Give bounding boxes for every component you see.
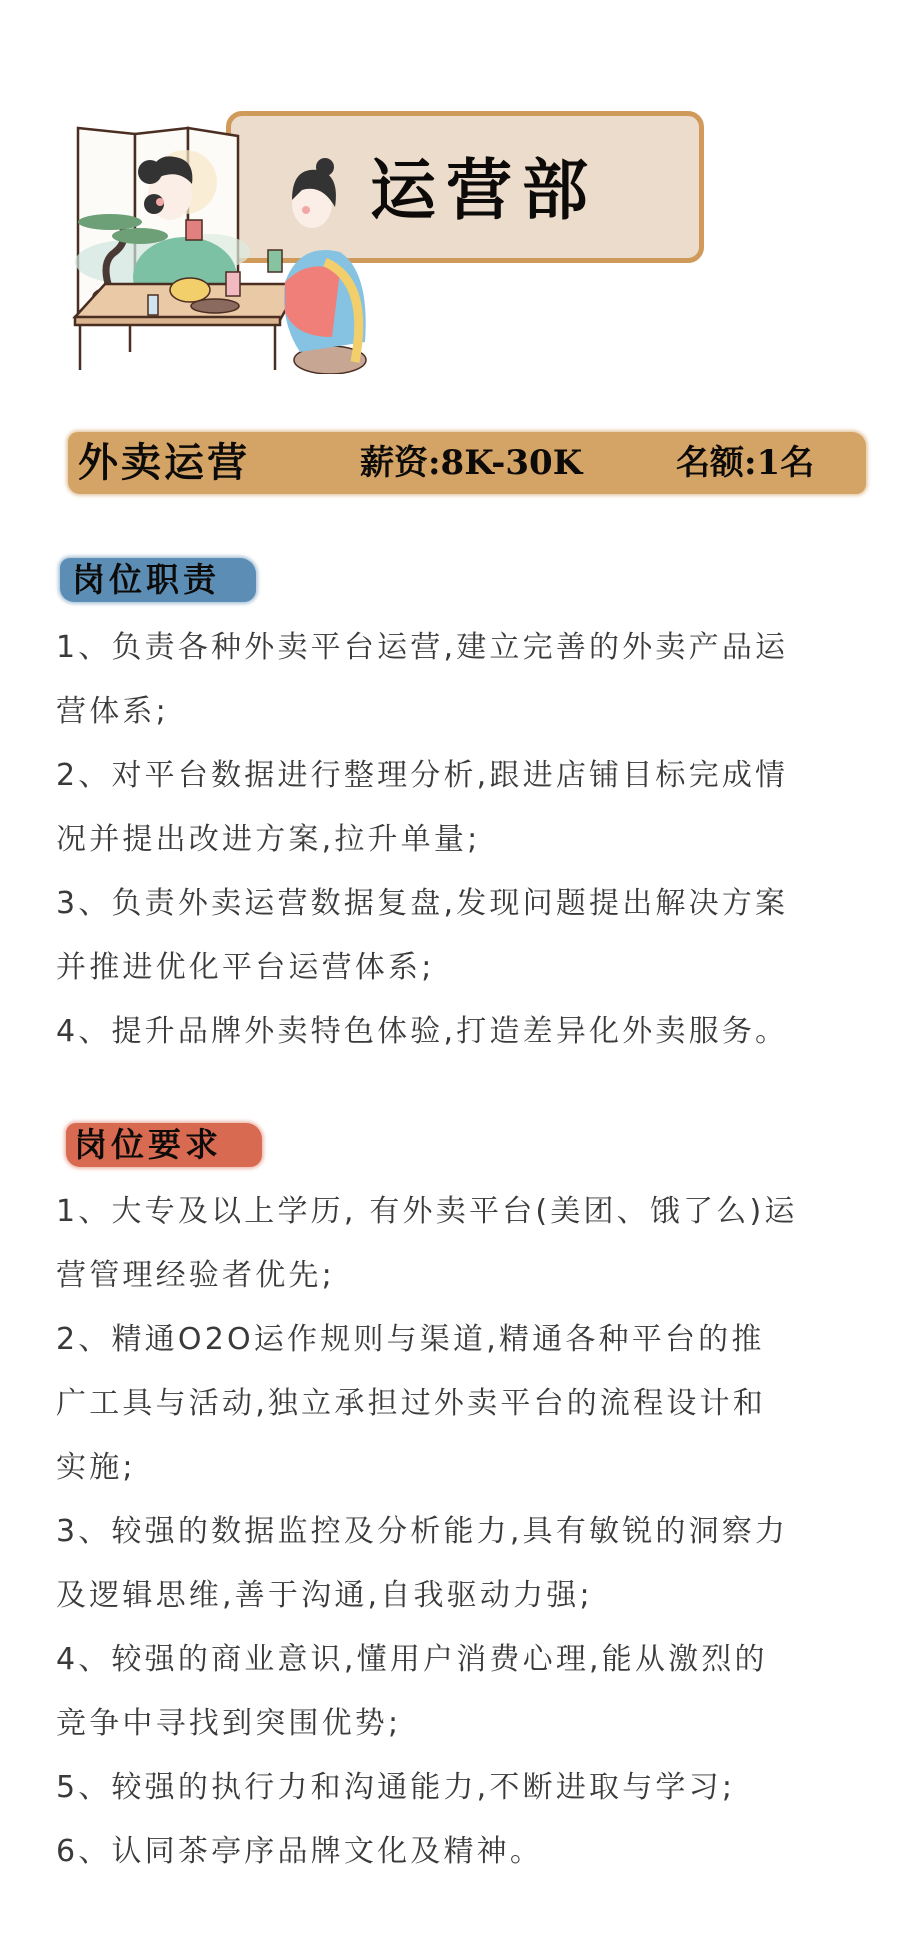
list-item: 6、认同茶亭序品牌文化及精神。 — [56, 1820, 876, 1884]
responsibilities-list: 1、负责各种外卖平台运营,建立完善的外卖产品运 营体系; 2、对平台数据进行整理… — [56, 616, 876, 1064]
list-item: 2、对平台数据进行整理分析,跟进店铺目标完成情 — [56, 744, 876, 808]
department-title: 运营部 — [370, 140, 690, 240]
responsibilities-heading: 岗位职责 — [60, 558, 256, 602]
list-item: 及逻辑思维,善于沟通,自我驱动力强; — [56, 1564, 876, 1628]
requirements-heading-bg: 岗位要求 — [66, 1123, 262, 1167]
list-item: 1、负责各种外卖平台运营,建立完善的外卖产品运 — [56, 616, 876, 680]
list-item: 1、大专及以上学历, 有外卖平台(美团、饿了么)运 — [56, 1180, 876, 1244]
list-item: 4、提升品牌外卖特色体验,打造差异化外卖服务。 — [56, 1000, 876, 1064]
list-item: 营管理经验者优先; — [56, 1244, 876, 1308]
requirements-heading: 岗位要求 — [66, 1123, 262, 1167]
woman-seated-right-icon — [268, 158, 366, 374]
tea-scene-illustration — [70, 112, 400, 374]
list-item: 5、较强的执行力和沟通能力,不断进取与学习; — [56, 1756, 876, 1820]
cup-icon — [148, 295, 158, 315]
salary-label: 薪资:8K-30K — [360, 432, 582, 494]
job-title: 外卖运营 — [78, 432, 250, 494]
list-item: 营体系; — [56, 680, 876, 744]
responsibilities-heading-bg: 岗位职责 — [60, 558, 256, 602]
list-item: 竞争中寻找到突围优势; — [56, 1692, 876, 1756]
list-item: 实施; — [56, 1436, 876, 1500]
requirements-list: 1、大专及以上学历, 有外卖平台(美团、饿了么)运 营管理经验者优先; 2、精通… — [56, 1180, 876, 1884]
list-item: 况并提出改进方案,拉升单量; — [56, 808, 876, 872]
plate-icon — [191, 299, 239, 313]
cup-icon — [226, 272, 240, 296]
list-item: 2、精通O2O运作规则与渠道,精通各种平台的推 — [56, 1308, 876, 1372]
teapot-icon — [170, 278, 210, 302]
list-item: 并推进优化平台运营体系; — [56, 936, 876, 1000]
list-item: 3、负责外卖运营数据复盘,发现问题提出解决方案 — [56, 872, 876, 936]
list-item: 广工具与活动,独立承担过外卖平台的流程设计和 — [56, 1372, 876, 1436]
quota-label: 名额:1名 — [676, 432, 814, 494]
list-item: 3、较强的数据监控及分析能力,具有敏锐的洞察力 — [56, 1500, 876, 1564]
list-item: 4、较强的商业意识,懂用户消费心理,能从激烈的 — [56, 1628, 876, 1692]
